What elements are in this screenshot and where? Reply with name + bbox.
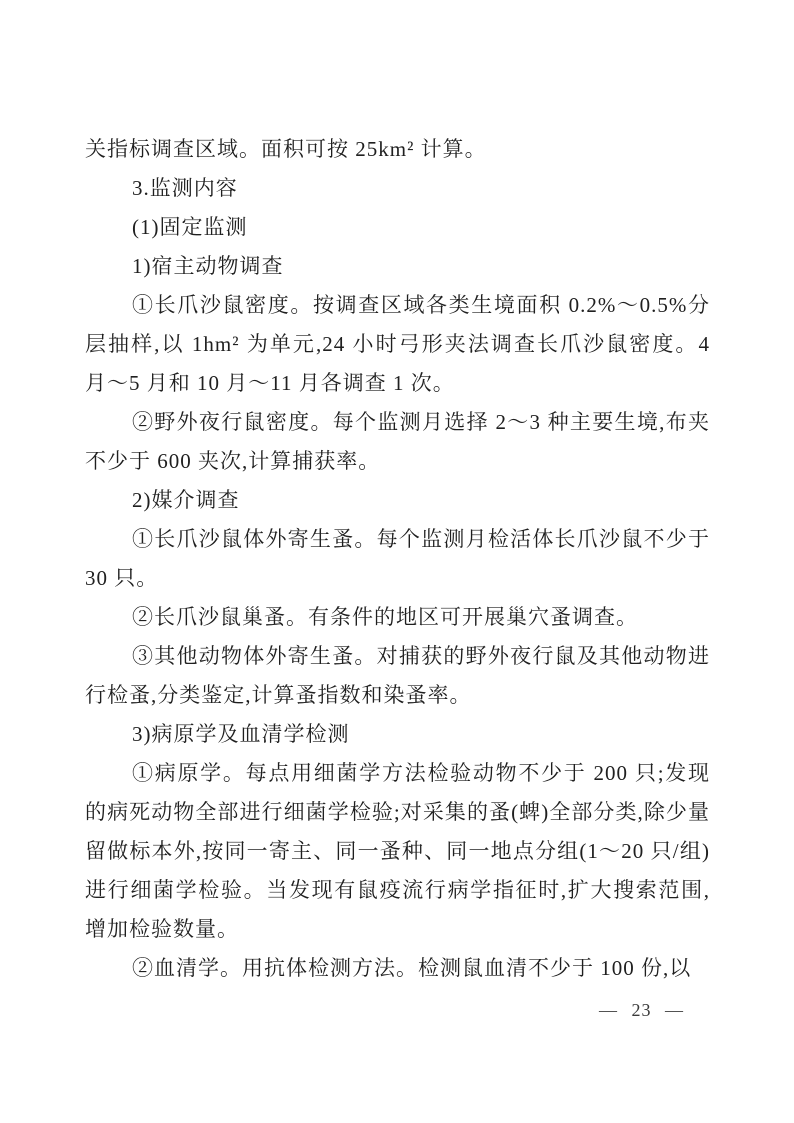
paragraph-pathogenology: ①病原学。每点用细菌学方法检验动物不少于 200 只;发现的病死动物全部进行细菌… <box>85 754 710 949</box>
paragraph-nocturnal-rodent-density: ②野外夜行鼠密度。每个监测月选择 2～3 种主要生境,布夹不少于 600 夹次,… <box>85 403 710 481</box>
document-body: 关指标调查区域。面积可按 25km² 计算。 3.监测内容 (1)固定监测 1)… <box>85 130 710 988</box>
page-number: — 23 — <box>599 1000 684 1021</box>
paragraph-nest-fleas: ②长爪沙鼠巢蚤。有条件的地区可开展巢穴蚤调查。 <box>85 598 710 637</box>
paragraph-continuation: 关指标调查区域。面积可按 25km² 计算。 <box>85 130 710 169</box>
heading-monitoring-content: 3.监测内容 <box>85 169 710 208</box>
heading-fixed-monitoring: (1)固定监测 <box>85 208 710 247</box>
heading-host-animal-survey: 1)宿主动物调查 <box>85 247 710 286</box>
paragraph-other-animal-fleas: ③其他动物体外寄生蚤。对捕获的野外夜行鼠及其他动物进行检蚤,分类鉴定,计算蚤指数… <box>85 637 710 715</box>
paragraph-gerbil-density: ①长爪沙鼠密度。按调查区域各类生境面积 0.2%～0.5%分层抽样,以 1hm²… <box>85 286 710 403</box>
paragraph-serology: ②血清学。用抗体检测方法。检测鼠血清不少于 100 份,以 <box>85 949 710 988</box>
heading-vector-survey: 2)媒介调查 <box>85 481 710 520</box>
paragraph-ectoparasitic-fleas: ①长爪沙鼠体外寄生蚤。每个监测月检活体长爪沙鼠不少于 30 只。 <box>85 520 710 598</box>
document-page: 关指标调查区域。面积可按 25km² 计算。 3.监测内容 (1)固定监测 1)… <box>0 0 794 1123</box>
heading-pathogen-serology: 3)病原学及血清学检测 <box>85 715 710 754</box>
